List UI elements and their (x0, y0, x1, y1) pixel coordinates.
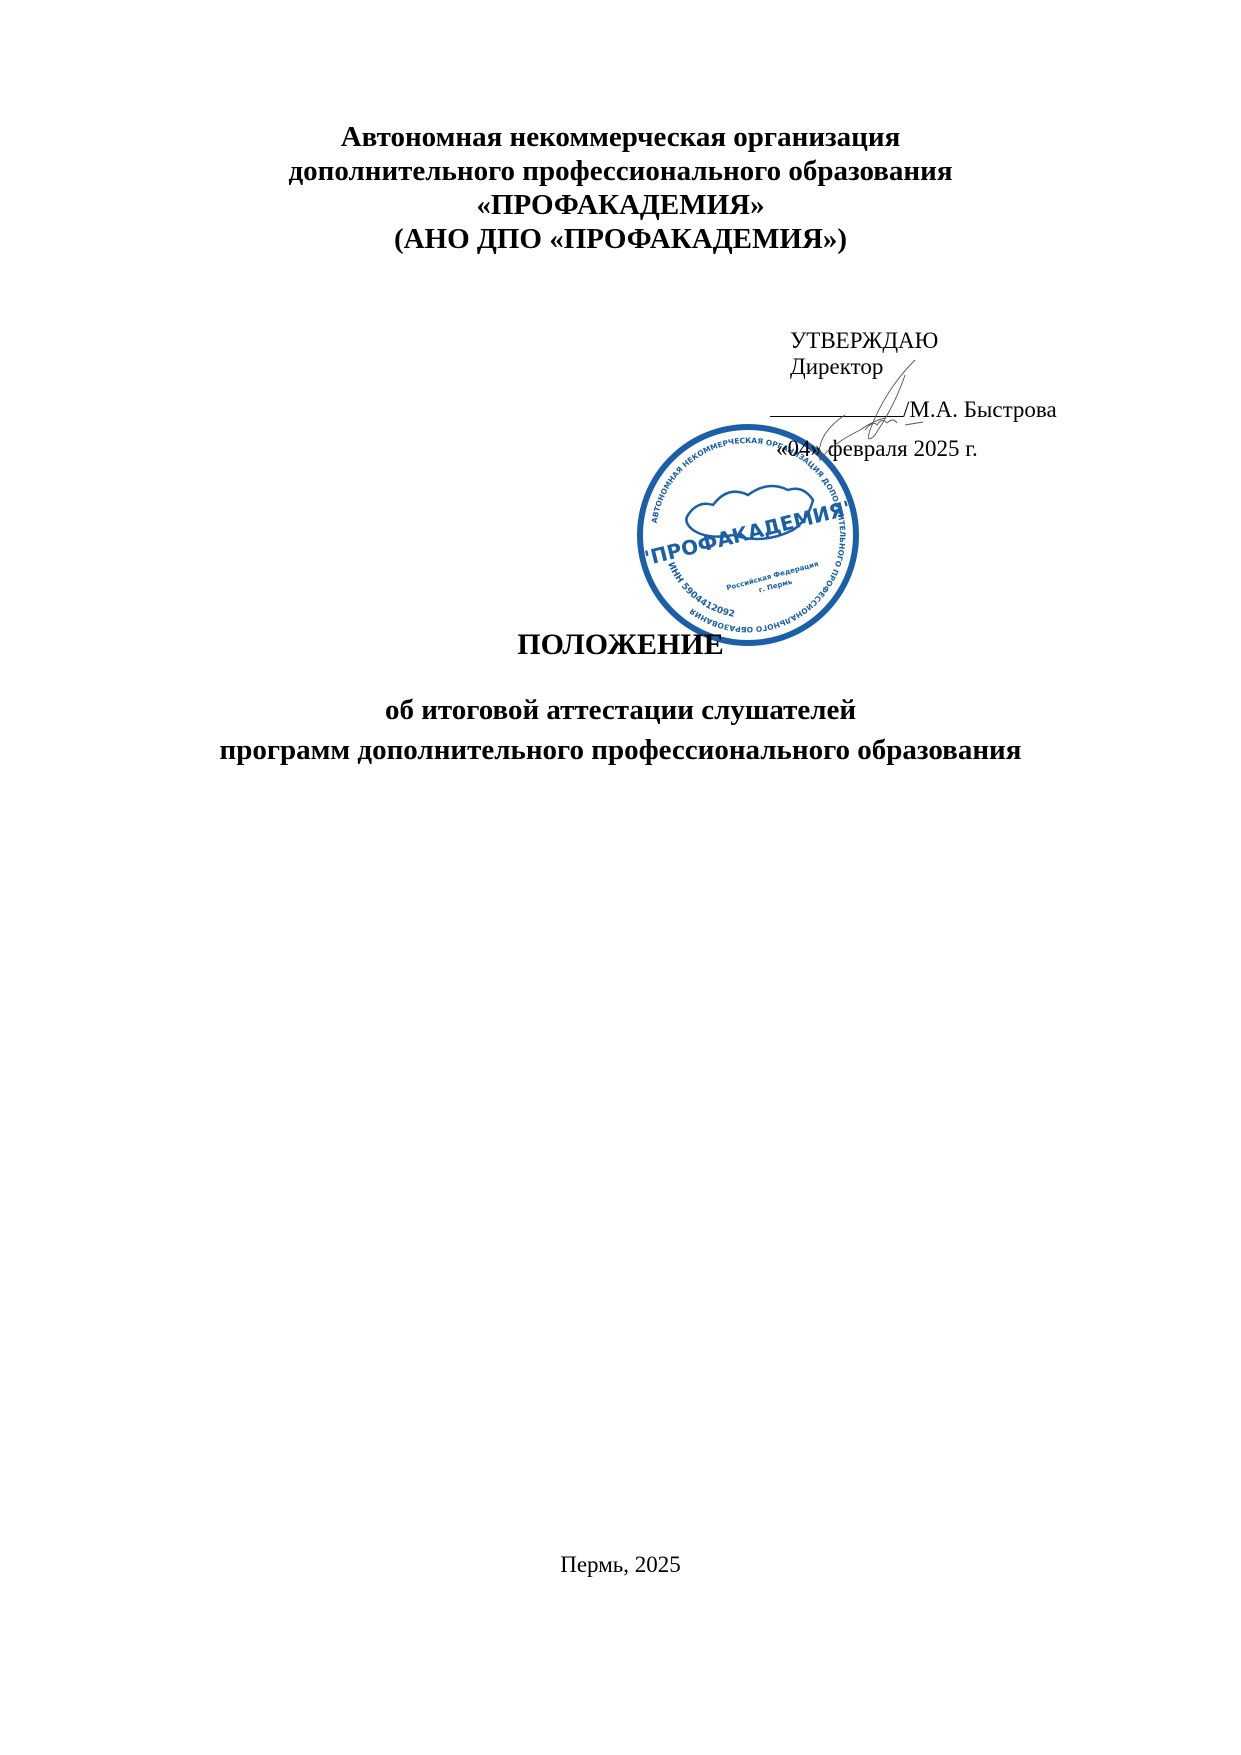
place-year: Пермь, 2025 (0, 1552, 1241, 1578)
org-line-2: дополнительного профессионального образо… (0, 154, 1241, 188)
signature-icon (805, 355, 935, 475)
document-title: ПОЛОЖЕНИЕ (0, 628, 1241, 662)
subtitle-line-1: об итоговой аттестации слушателей (0, 690, 1241, 730)
organization-header: Автономная некоммерческая организация до… (0, 120, 1241, 256)
org-line-3: «ПРОФАКАДЕМИЯ» (0, 188, 1241, 222)
svg-text:"ПРОФАКАДЕМИЯ": "ПРОФАКАДЕМИЯ" (638, 495, 857, 571)
svg-text:ИНН 5904412092: ИНН 5904412092 (665, 561, 735, 620)
subtitle-line-2: программ дополнительного профессионально… (0, 730, 1241, 770)
org-line-1: Автономная некоммерческая организация (0, 120, 1241, 154)
approve-label: УТВЕРЖДАЮ (790, 328, 938, 354)
document-subtitle: об итоговой аттестации слушателей програ… (0, 690, 1241, 770)
org-line-4: (АНО ДПО «ПРОФАКАДЕМИЯ») (0, 222, 1241, 256)
